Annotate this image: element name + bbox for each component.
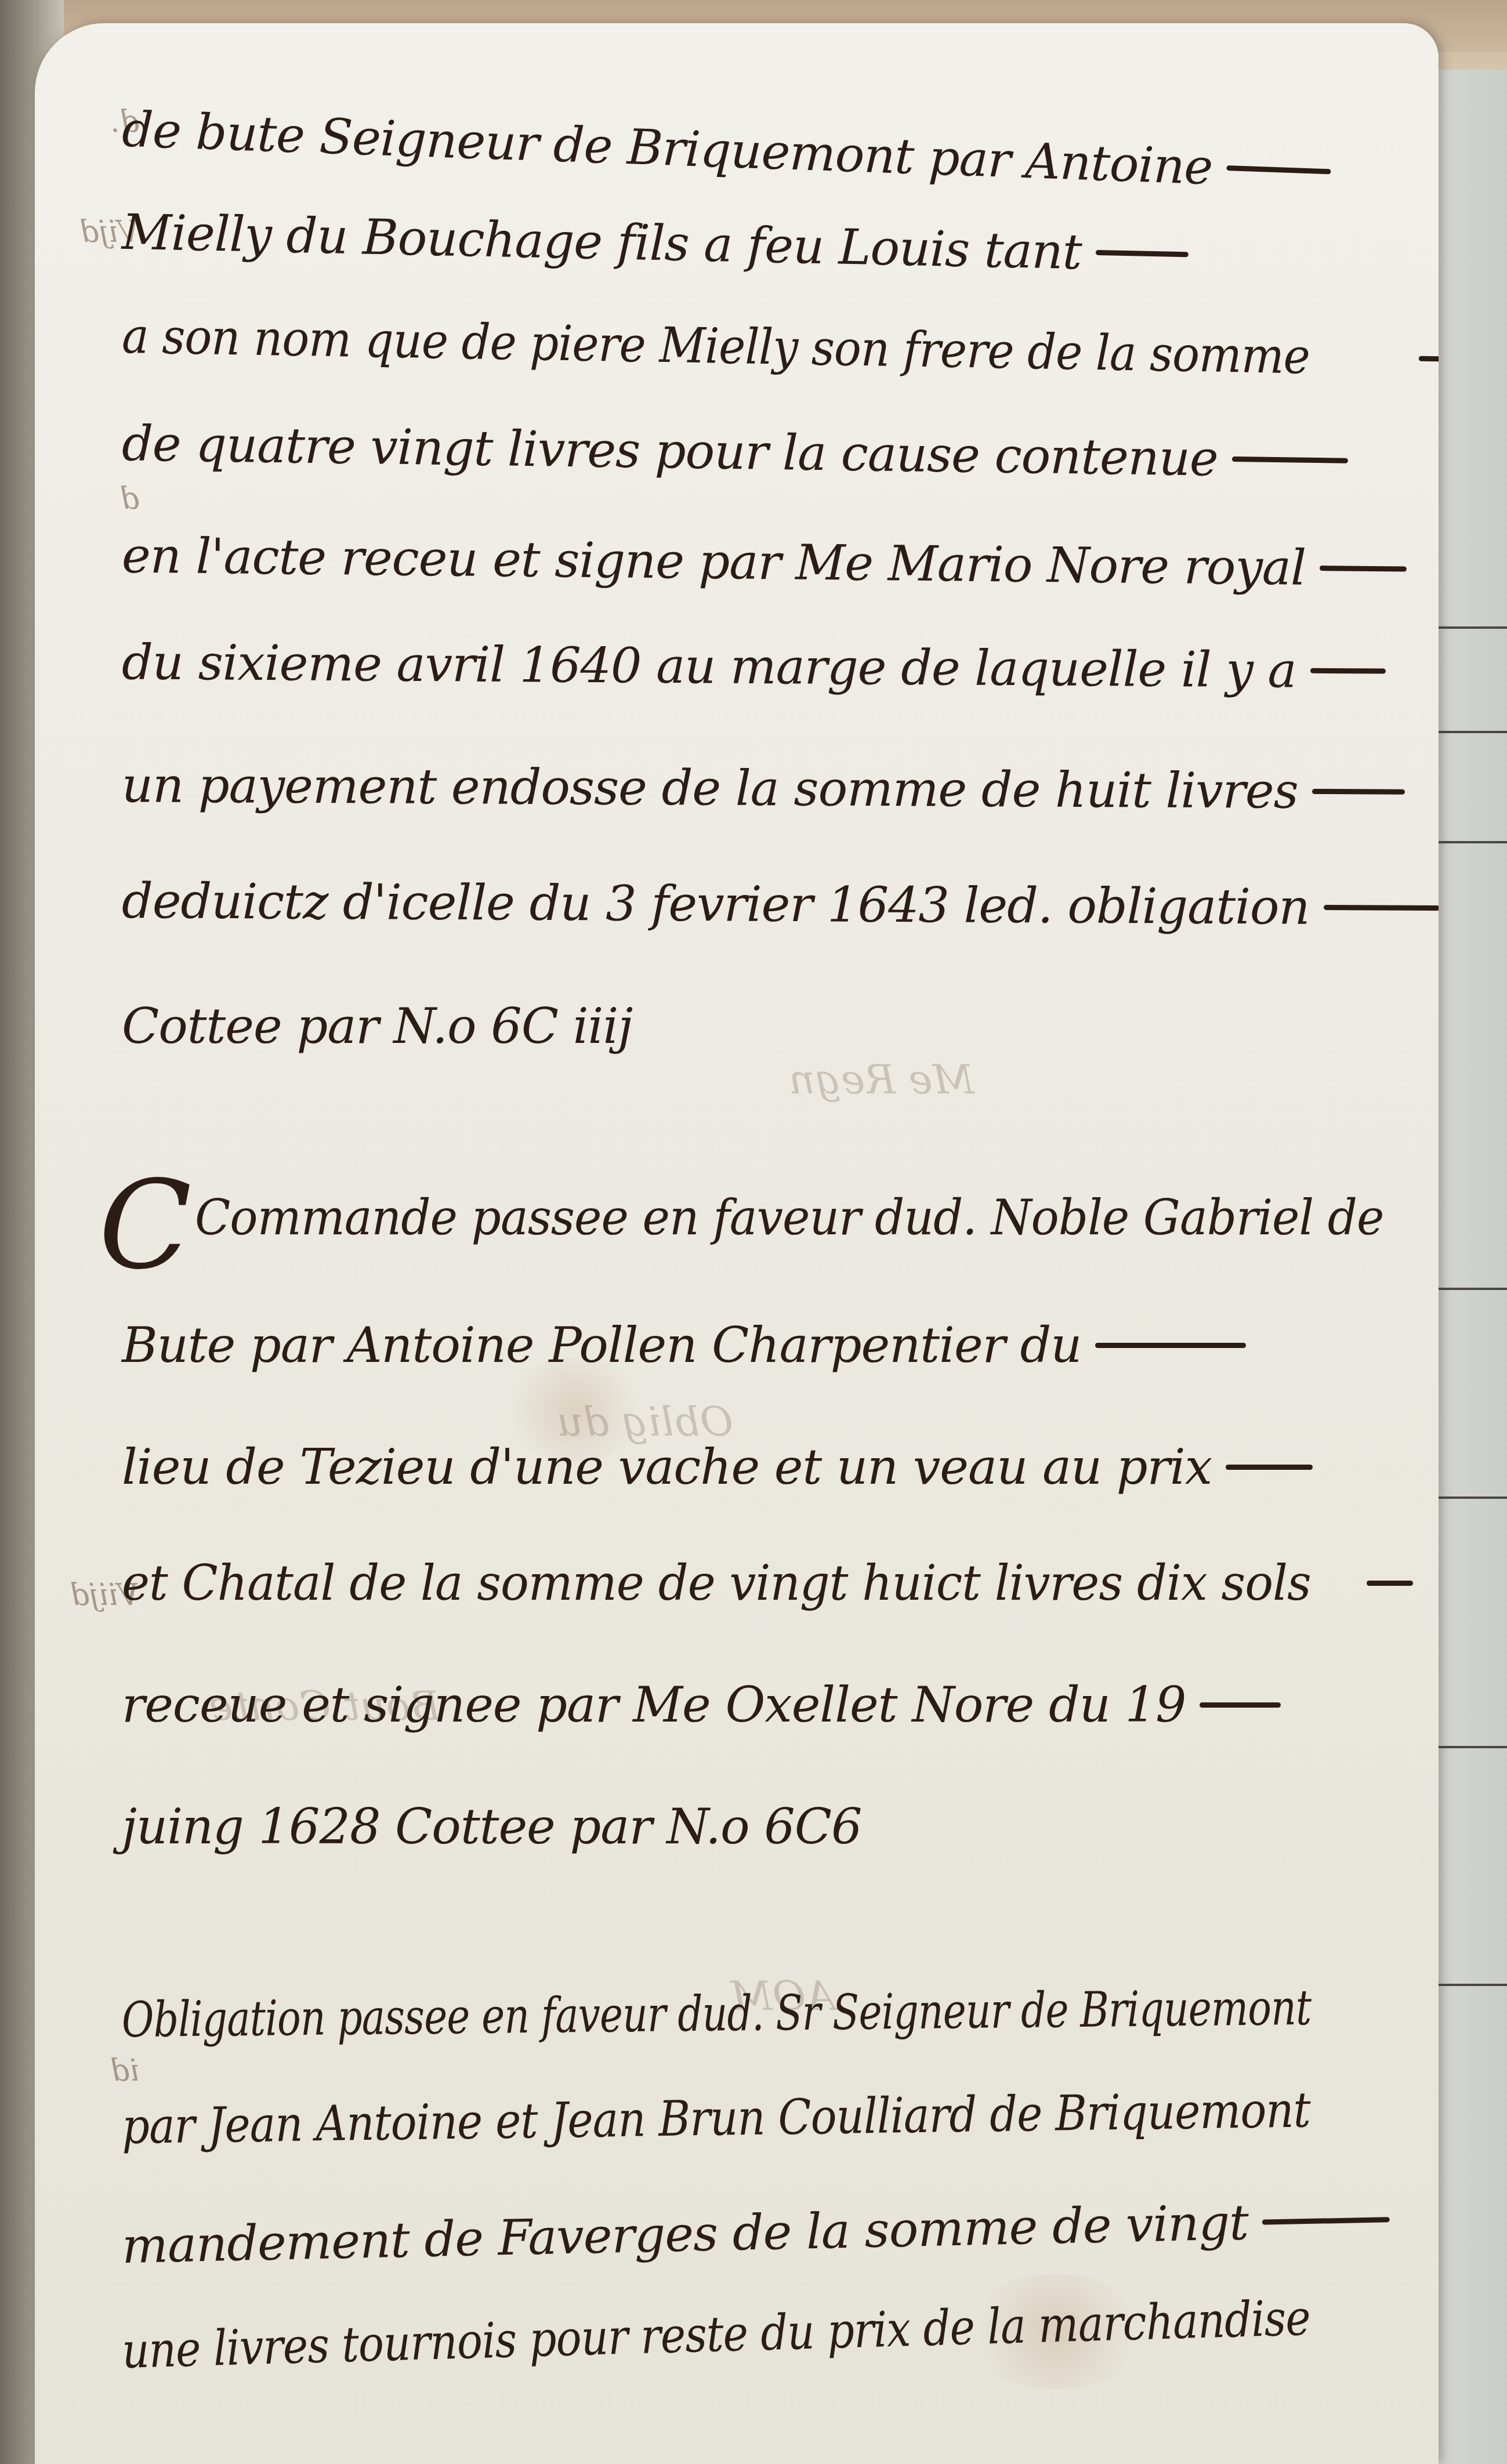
manuscript-line: a son nom que de piere Mielly son frere … — [121, 307, 1439, 388]
line-filler — [1232, 456, 1348, 463]
bleed-through-text: Me Regn — [789, 1056, 974, 1103]
manuscript-line: Cottee par N.o 6C iiij — [122, 998, 632, 1055]
manuscript-line: Obligation passee en faveur dud. Sr Seig… — [122, 1976, 1439, 2049]
manuscript-line: une livres tournois pour reste du prix d… — [121, 2283, 1439, 2379]
underlying-rule — [1429, 1496, 1507, 1499]
manuscript-line: un payement endosse de la somme de huit … — [122, 756, 1405, 820]
line-filler — [1418, 356, 1439, 362]
margin-note: id — [35, 2053, 139, 2088]
underlying-rule — [1429, 626, 1507, 629]
manuscript-line: juing 1628 Cottee par N.o 6C6 — [122, 1798, 862, 1855]
manuscript-page: d. Vijd d Viijd id Me Regn Oblig du Bout… — [35, 23, 1439, 2464]
line-filler — [1312, 788, 1405, 794]
underlying-rule — [1429, 1746, 1507, 1748]
manuscript-line: lieu de Tezieu d'une vache et un veau au… — [122, 1438, 1313, 1495]
line-filler — [1310, 668, 1386, 673]
manuscript-line: Mielly du Bouchage fils a feu Louis tant — [121, 204, 1189, 282]
line-filler — [1320, 566, 1407, 572]
line-filler — [1226, 165, 1331, 174]
manuscript-line: par Jean Antoine et Jean Brun Coulliard … — [121, 2078, 1439, 2155]
manuscript-line: de bute Seigneur de Briquemont par Antoi… — [121, 101, 1332, 200]
manuscript-line: mandement de Faverges de la somme de vin… — [121, 2191, 1390, 2274]
manuscript-line: deduictz d'icelle du 3 fevrier 1643 led.… — [122, 872, 1439, 936]
underlying-rule — [1429, 731, 1507, 733]
line-filler — [1262, 2217, 1390, 2225]
underlying-rule — [1429, 1288, 1507, 1290]
margin-note: d — [35, 481, 139, 516]
line-filler — [1095, 249, 1188, 256]
manuscript-line: et Chatal de la somme de vingt huict liv… — [122, 1555, 1413, 1611]
underlying-rule — [1429, 841, 1507, 843]
manuscript-line: en l'acte receu et signe par Me Mario No… — [122, 527, 1407, 597]
manuscript-line: CCommande passee en faveur dud. Noble Ga… — [99, 1189, 1439, 1246]
underlying-rule — [1429, 1984, 1507, 1986]
line-filler — [1324, 904, 1439, 910]
line-filler — [1200, 1702, 1281, 1708]
line-filler — [1095, 1343, 1246, 1348]
manuscript-line: receue et signee par Me Oxellet Nore du … — [122, 1676, 1281, 1733]
line-filler — [1226, 1465, 1313, 1470]
manuscript-line: du sixieme avril 1640 au marge de laquel… — [122, 633, 1386, 699]
manuscript-line: Bute par Antoine Pollen Charpentier du — [122, 1317, 1246, 1374]
manuscript-line: de quatre vingt livres pour la cause con… — [121, 415, 1348, 489]
line-filler — [1367, 1581, 1413, 1586]
